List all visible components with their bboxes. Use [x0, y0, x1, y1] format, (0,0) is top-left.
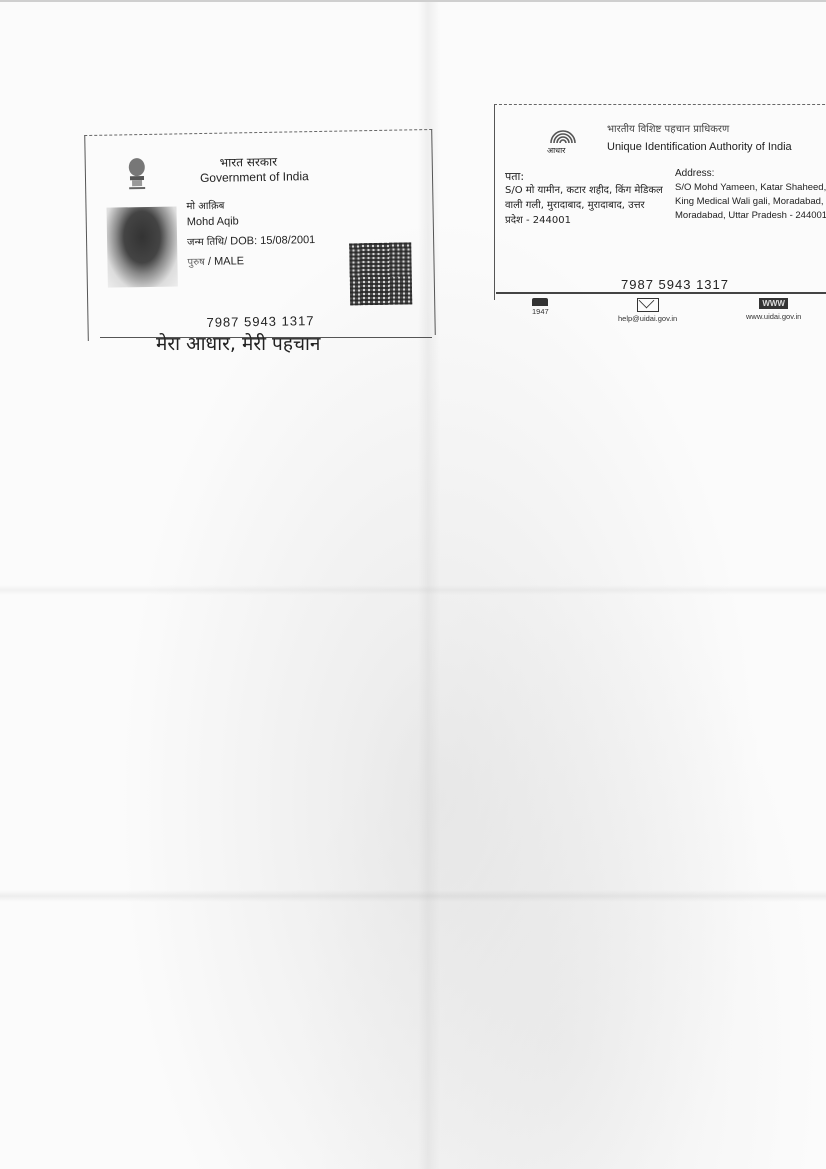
helpline: 1947 — [532, 298, 549, 316]
government-hindi: भारत सरकार — [220, 153, 278, 171]
helpline-number: 1947 — [532, 307, 549, 316]
dob-value: 15/08/2001 — [260, 234, 315, 247]
address-english: S/O Mohd Yameen, Katar Shaheed, King Med… — [675, 181, 826, 223]
aadhaar-logo-label: आधार — [547, 145, 565, 156]
address-label: Address: — [675, 168, 714, 179]
gender-value: / MALE — [205, 255, 244, 268]
address-label-hindi: पता: — [505, 169, 524, 184]
fold-line — [0, 890, 826, 902]
aadhaar-number: 7987 5943 1317 — [621, 277, 729, 292]
fold-line — [0, 585, 826, 595]
tagline: मेरा आधार, मेरी पहचान — [156, 330, 320, 356]
authority-hindi: भारतीय विशिष्ट पहचान प्राधिकरण — [607, 121, 729, 135]
dob-label: / DOB: — [224, 235, 260, 248]
government-english: Government of India — [200, 169, 309, 185]
card-divider — [496, 292, 826, 294]
holder-photo — [106, 206, 177, 287]
gender: पुरुष / MALE — [187, 253, 244, 268]
help-email: help@uidai.gov.in — [618, 298, 677, 323]
aadhaar-number: 7987 5943 1317 — [206, 313, 314, 330]
authority-english: Unique Identification Authority of India — [607, 141, 792, 153]
aadhaar-card-back: आधार भारतीय विशिष्ट पहचान प्राधिकरण Uniq… — [494, 104, 826, 300]
page-edge — [0, 0, 826, 2]
holder-name-hindi: मो आक़िब — [186, 198, 224, 213]
holder-name: Mohd Aqib — [187, 215, 239, 228]
dob-label-hindi: जन्म तिथि — [187, 237, 224, 249]
date-of-birth: जन्म तिथि/ DOB: 15/08/2001 — [187, 232, 315, 248]
address-hindi: S/O मो यामीन, कटार शहीद, किंग मेडिकल वाल… — [505, 183, 665, 228]
qr-code — [349, 242, 412, 305]
gender-hindi: पुरुष — [187, 257, 205, 268]
national-emblem-icon — [126, 157, 149, 191]
mail-icon — [637, 298, 659, 312]
aadhaar-card-front: भारत सरकार Government of India मो आक़िब … — [84, 129, 436, 341]
phone-icon — [532, 298, 548, 306]
www-icon: WWW — [759, 298, 788, 309]
website-url: www.uidai.gov.in — [746, 312, 801, 321]
help-email-address: help@uidai.gov.in — [618, 314, 677, 323]
website: WWWwww.uidai.gov.in — [746, 298, 801, 321]
